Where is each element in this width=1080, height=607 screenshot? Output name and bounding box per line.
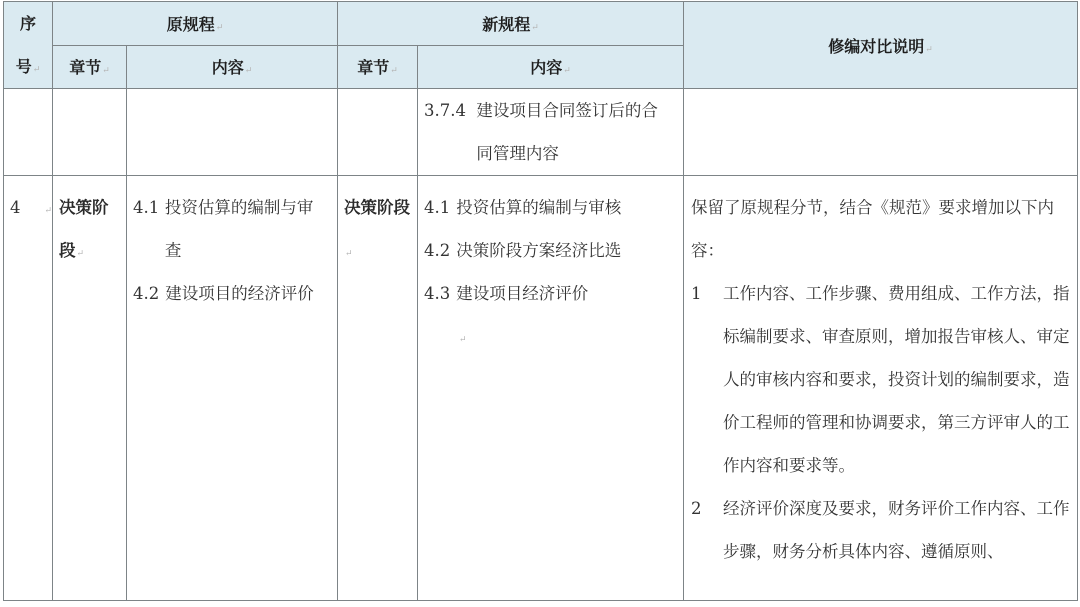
paragraph-mark-icon: ↵: [925, 45, 933, 55]
paragraph-mark-icon: ↵: [102, 66, 110, 76]
header-new-chapter: 章节↵: [338, 45, 418, 89]
header-new-regulation: 新规程↵: [338, 2, 684, 46]
header-old-chapter: 章节↵: [53, 45, 127, 89]
list-item: 3.7.4 建设项目合同签订后的合同管理内容: [424, 89, 677, 175]
cell-old-chapter: [53, 89, 127, 176]
paragraph-mark-icon: ↵: [531, 23, 539, 33]
paragraph-mark-icon: ↵: [245, 66, 253, 76]
regulation-comparison-table: 序 号↵ 原规程↵ 新规程↵ 修编对比说明↵ 章节↵ 内容↵ 章节↵: [3, 1, 1078, 601]
notes-intro: 保留了原规程分节，结合《规范》要求增加以下内容：: [691, 186, 1073, 272]
header-new-content: 内容↵: [418, 45, 684, 89]
header-revision-notes: 修编对比说明↵: [684, 2, 1078, 89]
cell-new-content: 3.7.4 建设项目合同签订后的合同管理内容: [418, 89, 684, 176]
cell-seq: 4↵: [4, 176, 53, 601]
cell-notes: 保留了原规程分节，结合《规范》要求增加以下内容： 1 工作内容、工作步骤、费用组…: [684, 176, 1078, 601]
header-old-content: 内容↵: [127, 45, 338, 89]
header-seq-top: 序: [20, 14, 36, 33]
table-row: 3.7.4 建设项目合同签订后的合同管理内容: [4, 89, 1078, 176]
list-item: 4.3 建设项目经济评价: [424, 272, 677, 315]
paragraph-mark-icon: ↵: [345, 249, 353, 259]
cell-old-content: 4.1 投资估算的编制与审查 4.2 建设项目的经济评价: [127, 176, 338, 601]
list-item: 4.1 投资估算的编制与审查: [133, 186, 331, 272]
list-item: 2 经济评价深度及要求，财务评价工作内容、工作步骤，财务分析具体内容、遵循原则、: [691, 487, 1073, 573]
cell-notes: [684, 89, 1078, 176]
table-row: 4↵ 决策阶段↵ 4.1 投资估算的编制与审查 4.2: [4, 176, 1078, 601]
cell-seq: [4, 89, 53, 176]
paragraph-mark-icon: ↵: [77, 249, 85, 259]
cell-old-chapter: 决策阶段↵: [53, 176, 127, 601]
paragraph-mark-icon: ↵: [459, 335, 467, 345]
list-item: 4.1 投资估算的编制与审核: [424, 186, 677, 229]
cell-new-chapter: 决策阶段↵: [338, 176, 418, 601]
paragraph-mark-icon: ↵: [45, 206, 53, 216]
cell-new-content: 4.1 投资估算的编制与审核 4.2 决策阶段方案经济比选 4.3 建设项目经济…: [418, 176, 684, 601]
cell-old-content: [127, 89, 338, 176]
list-item: 4.2 决策阶段方案经济比选: [424, 229, 677, 272]
header-seq: 序 号↵: [4, 2, 53, 89]
header-seq-bottom: 号: [16, 57, 32, 76]
paragraph-mark-icon: ↵: [563, 66, 571, 76]
header-old-regulation: 原规程↵: [53, 2, 338, 46]
cell-new-chapter: [338, 89, 418, 176]
paragraph-mark-icon: ↵: [390, 66, 398, 76]
list-item: 4.2 建设项目的经济评价: [133, 272, 331, 315]
list-item: 1 工作内容、工作步骤、费用组成、工作方法，指标编制要求、审查原则，增加报告审核…: [691, 272, 1073, 487]
paragraph-mark-icon: ↵: [216, 23, 224, 33]
paragraph-mark-icon: ↵: [33, 65, 41, 75]
